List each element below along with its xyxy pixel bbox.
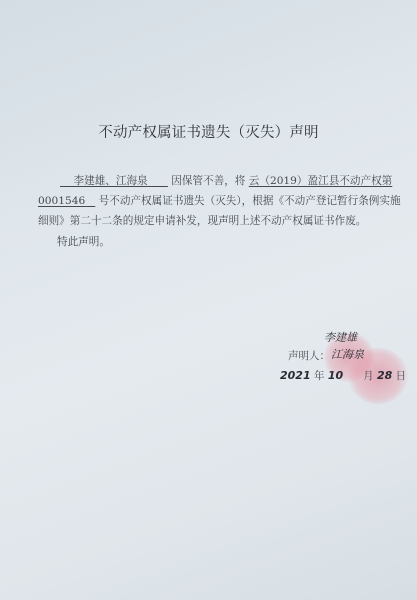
paragraph-text: 因保管不善，将 [171,175,245,187]
declarant-label: 声明人： [288,348,330,363]
document-page: 不动产权属证书遗失（灭失）声明 李建雄、江海泉 因保管不善，将 云（2019）盈… [0,0,417,600]
certificate-reference: 云（2019）盈江县不动产权第 [249,175,393,187]
handwritten-signature-1: 李建雄 [324,329,357,345]
signature-date: 2021 年 10 月 28 日 [280,368,410,383]
year-label: 年 [314,370,325,382]
date-day: 28 [377,369,392,382]
date-month: 10 [328,369,343,382]
certificate-number: 0001546 [38,195,95,207]
signature-block: 李建雄 声明人： 江海泉 2021 年 10 月 28 日 [280,342,417,412]
paragraph-line-2: 0001546 号不动产权属证书遗失（灭失），根据《不动产登记暂行条例实施 [38,193,401,208]
paragraph-text: 号不动产权属证书遗失（灭失），根据《不动产登记暂行条例实施 [99,195,401,207]
paragraph-line-1: 李建雄、江海泉 因保管不善，将 云（2019）盈江县不动产权第 [60,173,392,188]
declarant-names: 李建雄、江海泉 [60,175,168,187]
day-label: 日 [396,370,407,382]
closing-statement: 特此声明。 [57,234,110,249]
month-label: 月 [363,370,374,382]
date-year: 2021 [280,369,311,382]
handwritten-signature-2: 江海泉 [331,346,364,362]
document-title: 不动产权属证书遗失（灭失）声明 [0,121,417,142]
paragraph-line-3: 细则》第二十二条的规定申请补发，现声明上述不动产权属证书作废。 [38,213,366,228]
